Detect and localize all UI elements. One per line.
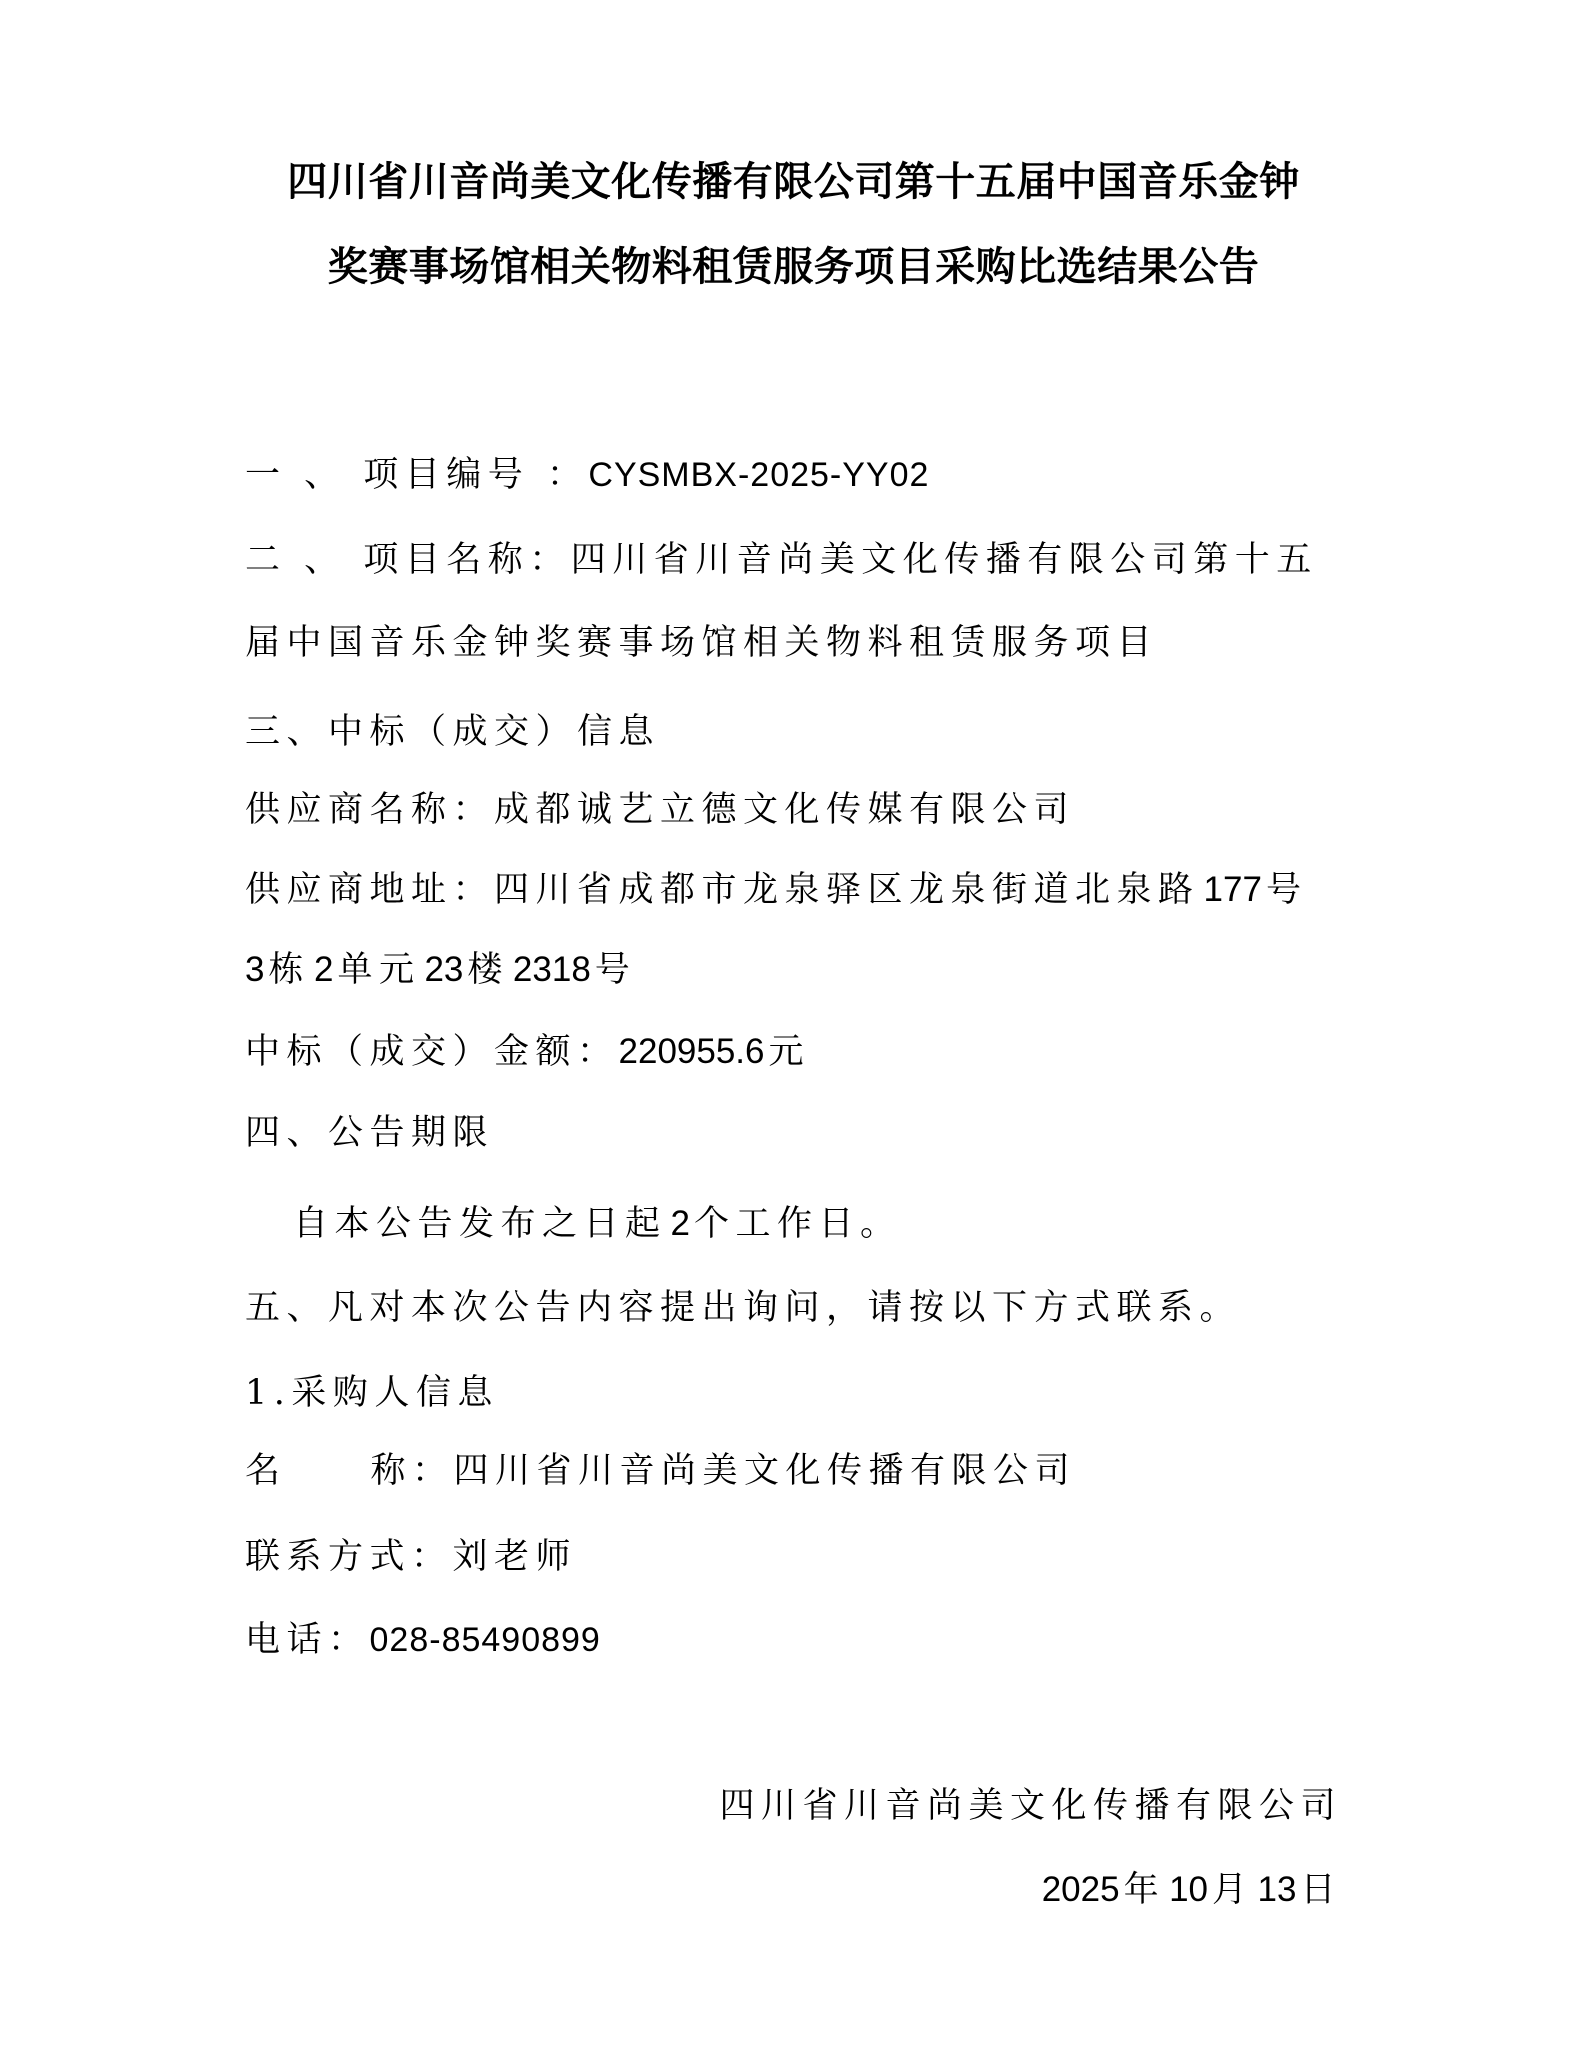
award-info-heading-text: 三、中标（成交）信息 xyxy=(245,712,660,752)
announcement-period-text-a: 自本公告发布之日起 xyxy=(293,1204,667,1244)
contact-line: 联系方式：刘老师 xyxy=(245,1532,1345,1582)
purchaser-name-line: 名称：四川省川音尚美文化传播有限公司 xyxy=(245,1446,1345,1496)
supplier-address-line-1: 供应商地址：四川省成都市龙泉驿区龙泉街道北泉路177号 xyxy=(245,865,1345,915)
document-title-line-2: 奖赛事场馆相关物料租赁服务项目采购比选结果公告 xyxy=(0,242,1587,292)
supplier-name-label: 供应商名称： xyxy=(245,790,494,830)
supplier-address-label: 供应商地址： xyxy=(245,870,494,910)
announcement-period-text: 自本公告发布之日起2个工作日。 xyxy=(293,1199,1393,1249)
phone-value: 028-85490899 xyxy=(370,1621,601,1659)
floor-number: 23 xyxy=(420,950,467,989)
award-amount-unit: 元 xyxy=(769,1032,811,1072)
project-name-line-2: 届中国音乐金钟奖赛事场馆相关物料租赁服务项目 xyxy=(245,618,1345,668)
date-month-unit: 月 xyxy=(1212,1870,1254,1910)
award-info-heading: 三、中标（成交）信息 xyxy=(245,707,1345,757)
announcement-period-heading: 四、公告期限 xyxy=(245,1108,1345,1158)
date-month: 10 xyxy=(1165,1870,1212,1909)
project-name-value-part-1: 四川省川音尚美文化传播有限公司第十五 xyxy=(571,540,1318,580)
document-page: 四川省川音尚美文化传播有限公司第十五届中国音乐金钟 奖赛事场馆相关物料租赁服务项… xyxy=(0,0,1587,2069)
purchaser-name-value: 四川省川音尚美文化传播有限公司 xyxy=(454,1451,1077,1491)
signature-date: 2025年10月13日 xyxy=(1042,1865,1342,1915)
floor-label: 楼 xyxy=(467,950,509,990)
building-unit: 栋 xyxy=(268,950,310,990)
room-label: 号 xyxy=(595,950,637,990)
award-amount-label: 中标（成交）金额： xyxy=(245,1032,619,1072)
signature-organization: 四川省川音尚美文化传播有限公司 xyxy=(719,1781,1342,1831)
project-name-label: 二 、 项目名称： xyxy=(245,540,571,580)
award-amount-value: 220955.6 xyxy=(619,1032,769,1071)
document-title-line-1: 四川省川音尚美文化传播有限公司第十五届中国音乐金钟 xyxy=(0,157,1587,207)
unit-number: 2 xyxy=(310,950,337,989)
date-year: 2025 xyxy=(1042,1870,1124,1909)
unit-label: 单元 xyxy=(337,950,420,990)
project-number-line: 一 、 项目编号 ：CYSMBX-2025-YY02 xyxy=(245,450,1345,500)
project-number-value: CYSMBX-2025-YY02 xyxy=(588,456,929,494)
project-name-line-1: 二 、 项目名称：四川省川音尚美文化传播有限公司第十五 xyxy=(245,535,1345,585)
supplier-name-line: 供应商名称：成都诚艺立德文化传媒有限公司 xyxy=(245,785,1345,835)
supplier-address-part-1: 四川省成都市龙泉驿区龙泉街道北泉路 xyxy=(494,870,1200,910)
announcement-period-text-b: 个工作日。 xyxy=(694,1204,902,1244)
phone-label: 电话： xyxy=(245,1620,370,1660)
purchaser-name-label-a: 名 xyxy=(245,1451,287,1491)
phone-line: 电话：028-85490899 xyxy=(245,1615,1345,1665)
building-number: 3 xyxy=(245,950,268,989)
contact-value: 刘老师 xyxy=(453,1537,578,1577)
supplier-address-number: 177 xyxy=(1200,870,1266,909)
project-number-label: 一 、 项目编号 ： xyxy=(245,455,588,495)
purchaser-info-heading: 1.采购人信息 xyxy=(245,1368,1345,1418)
inquiry-heading: 五、凡对本次公告内容提出询问，请按以下方式联系。 xyxy=(245,1283,1345,1333)
date-day: 13 xyxy=(1254,1870,1301,1909)
inquiry-heading-text: 五、凡对本次公告内容提出询问，请按以下方式联系。 xyxy=(245,1288,1241,1328)
project-name-value-part-2: 届中国音乐金钟奖赛事场馆相关物料租赁服务项目 xyxy=(245,623,1158,663)
date-year-unit: 年 xyxy=(1124,1870,1166,1910)
supplier-name-value: 成都诚艺立德文化传媒有限公司 xyxy=(494,790,1075,830)
purchaser-info-heading-text: 1.采购人信息 xyxy=(245,1373,499,1413)
supplier-address-unit: 号 xyxy=(1266,870,1308,910)
room-number: 2318 xyxy=(509,950,595,989)
purchaser-name-label-b: 称： xyxy=(371,1451,454,1491)
contact-label: 联系方式： xyxy=(245,1537,453,1577)
date-day-unit: 日 xyxy=(1300,1870,1342,1910)
announcement-period-heading-text: 四、公告期限 xyxy=(245,1113,494,1153)
award-amount-line: 中标（成交）金额：220955.6元 xyxy=(245,1027,1345,1077)
announcement-period-days: 2 xyxy=(667,1204,694,1243)
supplier-address-line-2: 3栋2单元23楼2318号 xyxy=(245,945,1345,995)
